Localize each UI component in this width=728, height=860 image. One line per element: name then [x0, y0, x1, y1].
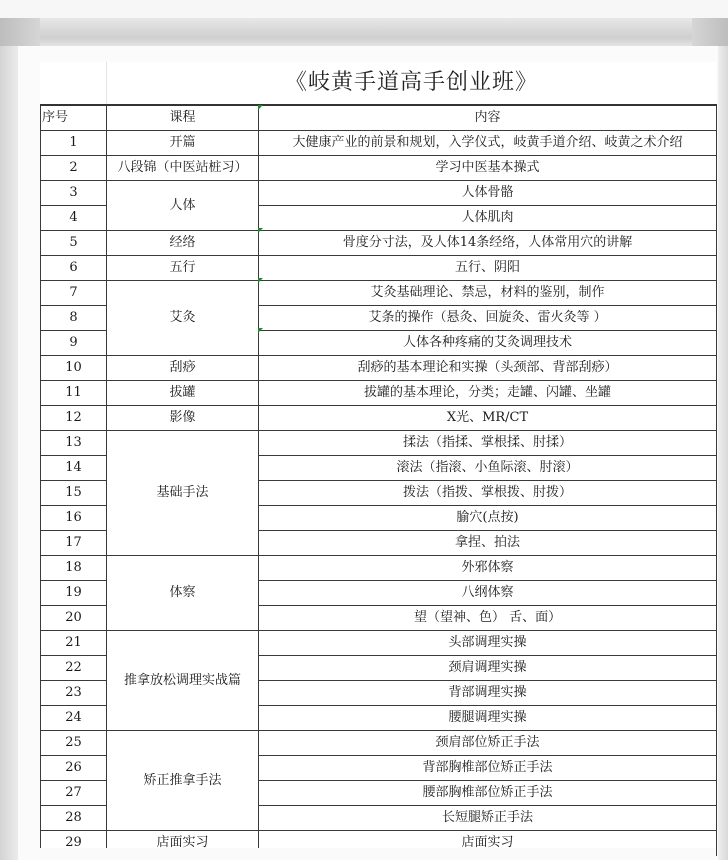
content-cell: 揉法（指揉、掌根揉、肘揉）: [259, 431, 717, 456]
content-cell: 八纲体察: [259, 581, 717, 606]
row-number: 15: [41, 481, 107, 506]
row-number: 9: [41, 331, 107, 356]
content-cell: 人体骨骼: [259, 181, 717, 206]
course-cell: 八段锦（中医站桩习）: [107, 156, 259, 181]
course-cell: 体察: [107, 556, 259, 631]
course-cell: 人体: [107, 181, 259, 231]
content-cell: 长短腿矫正手法: [259, 806, 717, 831]
header-row: 序号 课程 内容: [41, 105, 717, 131]
table-row: 21 推拿放松调理实战篇 头部调理实操: [41, 631, 717, 656]
content-cell: 头部调理实操: [259, 631, 717, 656]
content-cell: 背部胸椎部位矫正手法: [259, 756, 717, 781]
content-cell: 颈肩部位矫正手法: [259, 731, 717, 756]
content-cell: 五行、阴阳: [259, 256, 717, 281]
content-cell: 望（望神、色） 舌、面）: [259, 606, 717, 631]
course-cell: 推拿放松调理实战篇: [107, 631, 259, 731]
course-cell: 刮痧: [107, 356, 259, 381]
content-cell: 滚法（指滚、小鱼际滚、肘滚）: [259, 456, 717, 481]
row-number: 14: [41, 456, 107, 481]
course-table: 《岐黄手道高手创业班》 序号 课程 内容 1 开篇 大健康产业的前景和规划，入学…: [40, 62, 717, 856]
row-number: 20: [41, 606, 107, 631]
row-number: 18: [41, 556, 107, 581]
row-number: 26: [41, 756, 107, 781]
table-row: 11 拔罐 拔罐的基本理论，分类；走罐、闪罐、坐罐: [41, 381, 717, 406]
course-cell: 矫正推拿手法: [107, 731, 259, 831]
header-no: 序号: [41, 105, 107, 131]
row-number: 8: [41, 306, 107, 331]
row-number: 19: [41, 581, 107, 606]
row-number: 5: [41, 231, 107, 256]
row-number: 10: [41, 356, 107, 381]
content-cell: 骨度分寸法，及人体14条经络，人体常用穴的讲解: [259, 231, 717, 256]
content-cell: 艾灸基础理论、禁忌，材料的鉴别，制作: [259, 281, 717, 306]
row-number: 21: [41, 631, 107, 656]
table-row: 1 开篇 大健康产业的前景和规划，入学仪式，岐黄手道介绍、岐黄之术介绍: [41, 131, 717, 156]
frame-left: [0, 46, 18, 860]
sheet-bottom: [40, 848, 716, 860]
row-number: 4: [41, 206, 107, 231]
roller-end-right: [692, 18, 728, 46]
roller-end-left: [0, 18, 40, 46]
table-row: 6 五行 五行、阴阳: [41, 256, 717, 281]
comment-marker-icon: [258, 328, 263, 333]
row-number: 28: [41, 806, 107, 831]
row-number: 16: [41, 506, 107, 531]
table-row: 12 影像 X光、MR/CT: [41, 406, 717, 431]
row-number: 23: [41, 681, 107, 706]
content-cell: 刮痧的基本理论和实操（头颈部、背部刮痧）: [259, 356, 717, 381]
content-cell: 颈肩调理实操: [259, 656, 717, 681]
course-cell: 经络: [107, 231, 259, 256]
content-cell: 外邪体察: [259, 556, 717, 581]
table-row: 3 人体 人体骨骼: [41, 181, 717, 206]
row-number: 1: [41, 131, 107, 156]
header-content: 内容: [259, 105, 717, 131]
content-cell: 腧穴(点按): [259, 506, 717, 531]
comment-marker-icon: [258, 105, 263, 110]
content-cell: 腰腿调理实操: [259, 706, 717, 731]
content-cell: 拔罐的基本理论，分类；走罐、闪罐、坐罐: [259, 381, 717, 406]
frame-right: [718, 46, 728, 860]
content-cell: 人体肌肉: [259, 206, 717, 231]
course-cell: 五行: [107, 256, 259, 281]
header-course: 课程: [107, 105, 259, 131]
course-cell: 拔罐: [107, 381, 259, 406]
row-number: 25: [41, 731, 107, 756]
document-title: 《岐黄手道高手创业班》: [107, 62, 717, 105]
table-row: 5 经络 骨度分寸法，及人体14条经络，人体常用穴的讲解: [41, 231, 717, 256]
comment-marker-icon: [258, 228, 263, 233]
table-row: 18 体察 外邪体察: [41, 556, 717, 581]
title-row: 《岐黄手道高手创业班》: [41, 62, 717, 105]
row-number: 17: [41, 531, 107, 556]
content-cell: 拿捏、拍法: [259, 531, 717, 556]
content-cell: 大健康产业的前景和规划，入学仪式，岐黄手道介绍、岐黄之术介绍: [259, 131, 717, 156]
course-cell: 开篇: [107, 131, 259, 156]
table-row: 10 刮痧 刮痧的基本理论和实操（头颈部、背部刮痧）: [41, 356, 717, 381]
course-cell: 影像: [107, 406, 259, 431]
row-number: 22: [41, 656, 107, 681]
title-blank-cell: [41, 62, 107, 105]
scroll-roller: [0, 18, 728, 46]
course-cell: 基础手法: [107, 431, 259, 556]
content-cell: X光、MR/CT: [259, 406, 717, 431]
content-cell: 拨法（指拨、掌根拨、肘拨）: [259, 481, 717, 506]
row-number: 2: [41, 156, 107, 181]
table-row: 13 基础手法 揉法（指揉、掌根揉、肘揉）: [41, 431, 717, 456]
row-number: 27: [41, 781, 107, 806]
content-cell: 学习中医基本操式: [259, 156, 717, 181]
row-number: 13: [41, 431, 107, 456]
content-cell: 背部调理实操: [259, 681, 717, 706]
table-row: 25 矫正推拿手法 颈肩部位矫正手法: [41, 731, 717, 756]
content-cell: 腰部胸椎部位矫正手法: [259, 781, 717, 806]
row-number: 7: [41, 281, 107, 306]
row-number: 12: [41, 406, 107, 431]
row-number: 11: [41, 381, 107, 406]
table-row: 2 八段锦（中医站桩习） 学习中医基本操式: [41, 156, 717, 181]
comment-marker-icon: [258, 278, 263, 283]
course-cell: 艾灸: [107, 281, 259, 356]
row-number: 6: [41, 256, 107, 281]
row-number: 24: [41, 706, 107, 731]
row-number: 3: [41, 181, 107, 206]
table-row: 7 艾灸 艾灸基础理论、禁忌，材料的鉴别，制作: [41, 281, 717, 306]
content-cell: 人体各种疼痛的艾灸调理技术: [259, 331, 717, 356]
content-cell: 艾条的操作（悬灸、回旋灸、雷火灸等 ）: [259, 306, 717, 331]
top-background: [0, 0, 728, 18]
